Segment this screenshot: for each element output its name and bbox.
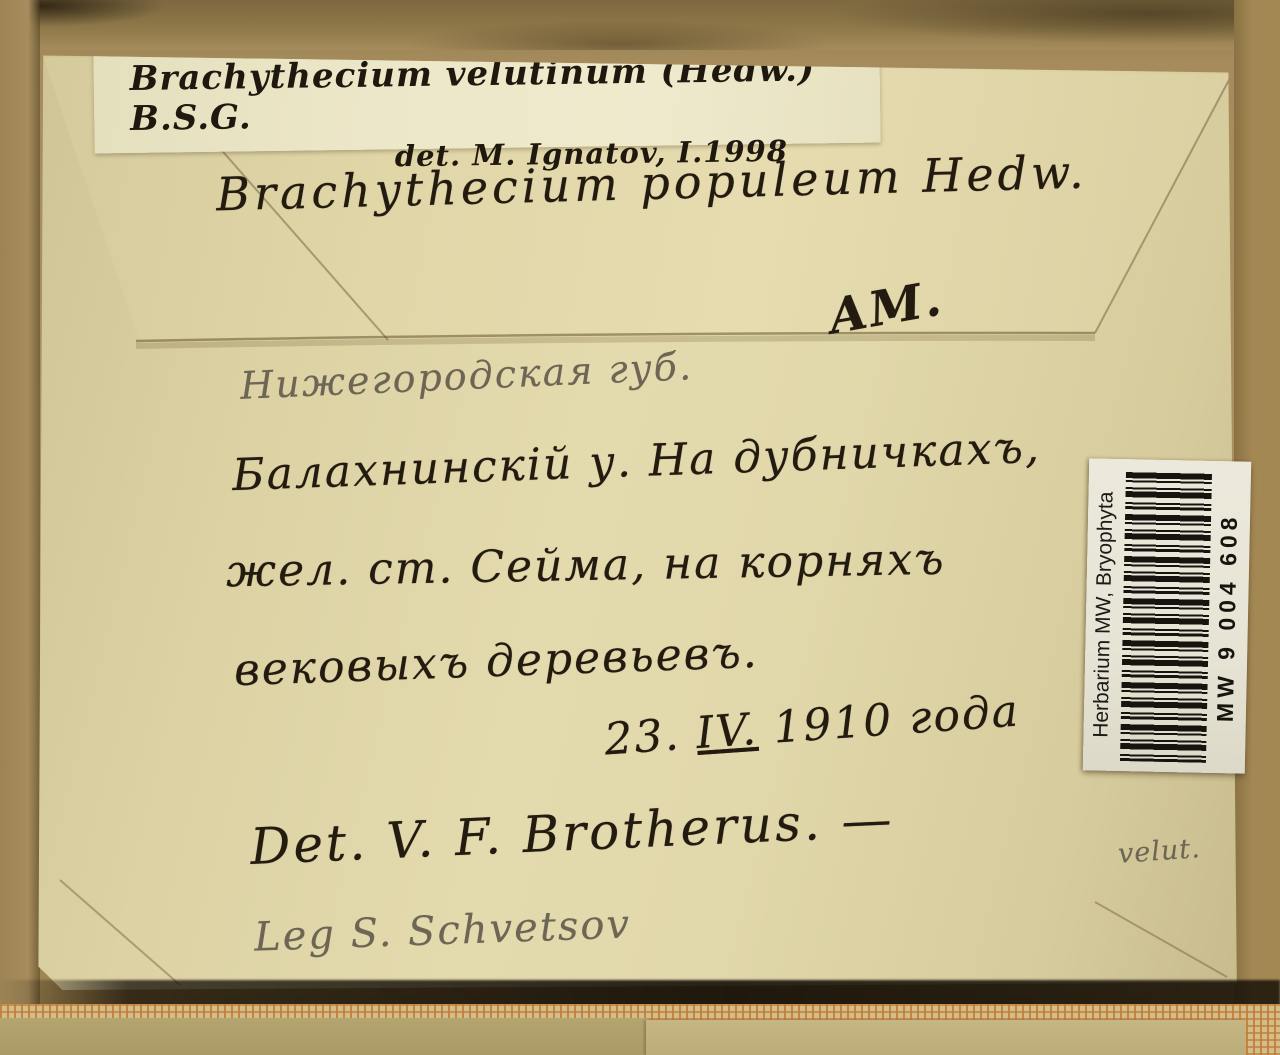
specimen-envelope: Brachythecium velutinum (Hedw.) B.S.G. d…: [36, 48, 1238, 990]
province-pencil-note: Нижегородская губ.: [239, 344, 694, 408]
barcode-bars: [1120, 469, 1212, 763]
collection-date: 23. IV. 1910 года: [603, 686, 1022, 766]
locality-line-3: вековыхъ деревьевъ.: [233, 627, 759, 696]
barcode-label: Herbarium MW, Bryophyta MW 9 004 608: [1083, 458, 1251, 773]
collector-pencil-note: Leg S. Schvetsov: [253, 901, 631, 960]
barcode-label-rotated-content: Herbarium MW, Bryophyta MW 9 004 608: [1089, 464, 1245, 767]
background-top-shadow: [0, 0, 1280, 50]
date-month-roman: IV.: [694, 704, 759, 759]
margin-pencil-note: velut.: [1117, 833, 1202, 870]
date-year: 1910 года: [756, 686, 1022, 755]
herbarium-name-text: Herbarium MW, Bryophyta: [1089, 464, 1121, 764]
herbarium-packet-photo: Brachythecium velutinum (Hedw.) B.S.G. d…: [0, 0, 1280, 1055]
locality-line-2: жел. ст. Сейма, на корняхъ: [226, 534, 946, 598]
bottom-left-linen: [0, 1018, 648, 1055]
determination-label: Brachythecium velutinum (Hedw.) B.S.G. d…: [93, 41, 880, 154]
bottom-cardboard-strip: [646, 1020, 1246, 1055]
barcode-number-text: MW 9 004 608: [1211, 467, 1245, 768]
determiner-handwritten: Det. V. F. Brotherus. —: [249, 790, 896, 876]
date-day: 23.: [603, 708, 698, 765]
locality-line-1: Балахнинскій у. На дубничкахъ,: [231, 422, 1041, 501]
background-left-cardboard: [0, 0, 40, 1055]
species-name-text: Brachythecium velutinum (Hedw.) B.S.G.: [129, 49, 880, 139]
